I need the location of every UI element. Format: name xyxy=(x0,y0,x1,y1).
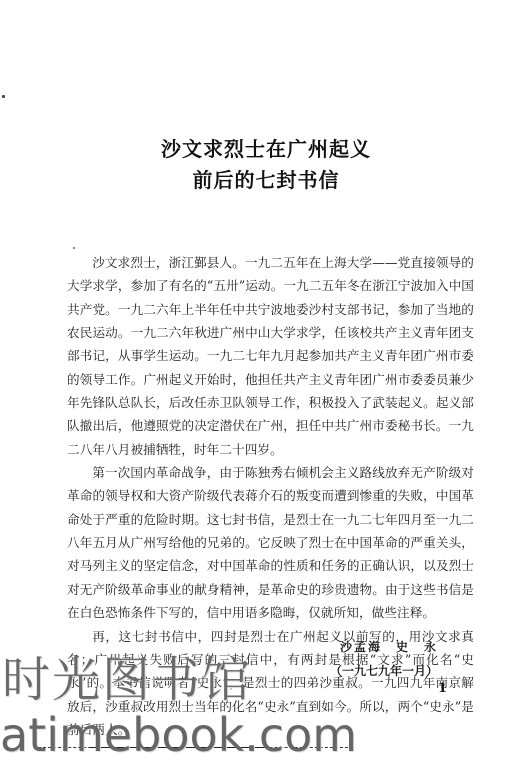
paragraph-biography: 沙文求烈士，浙江鄞县人。一九二五年在上海大学——党直接领导的大学求学，参加了有名… xyxy=(67,251,474,461)
document-title-line-2: 前后的七封书信 xyxy=(0,164,532,193)
scan-speck xyxy=(2,95,5,98)
signature-date: （一九七九年一月） xyxy=(330,662,438,679)
watermark-url: atimebook.com xyxy=(0,712,357,758)
watermark-chinese: 时光图书馆 xyxy=(2,656,252,704)
signature: 沙孟海 史 永 xyxy=(340,638,438,655)
scan-speck xyxy=(73,247,75,249)
document-title-line-1: 沙文求烈士在广州起义 xyxy=(0,133,532,162)
page-number: 1 xyxy=(438,681,447,696)
paragraph-context: 第一次国内革命战争，由于陈独秀右倾机会主义路线放弃无产阶级对革命的领导权和大资产… xyxy=(67,461,474,624)
